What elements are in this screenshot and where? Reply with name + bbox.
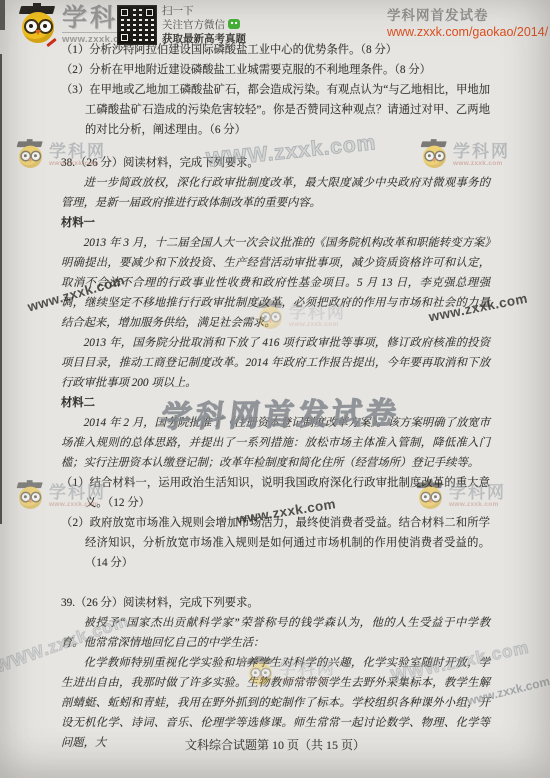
- qr-code: [117, 5, 157, 45]
- wechat-icon: [228, 19, 240, 29]
- owl-watermark-icon: [16, 480, 38, 512]
- q38-item-1: （1）结合材料一，运用政治生活知识，说明我国政府深化行政审批制度改革的重大意义。…: [61, 473, 490, 513]
- qr-caption-2: 关注官方微信: [162, 19, 246, 31]
- q39-header: 39.（26 分）阅读材料，完成下列要求。: [61, 593, 490, 613]
- document-body: （1）分析沙特阿拉伯建设国际磷酸盐工业中心的优势条件。（8 分）（2）分析在甲地…: [61, 40, 490, 753]
- scan-artifact-corner: [0, 0, 5, 30]
- material-1-para-1: 2013 年 3 月，十二届全国人大一次会议批准的《国务院机构改革和职能转变方案…: [61, 233, 490, 333]
- qr-caption-1: 扫一下: [162, 5, 246, 17]
- q38-header: 38.（26 分）阅读材料，完成下列要求。: [61, 153, 490, 173]
- q38-intro: 进一步简政放权，深化行政审批制度改革，最大限度减少中央政府对微观事务的管理，是新…: [61, 173, 490, 213]
- q37-item-3: （3）在甲地或乙地加工磷酸盐矿石，都会造成污染。有观点认为“与乙地相比，甲地加工…: [61, 80, 490, 140]
- header-title: 学科网首发试卷: [387, 8, 548, 23]
- material-2-para-1: 2014 年 2 月，国务院批准了《注册资本登记制度改革方案》。该方案明确了放宽…: [61, 413, 490, 473]
- q37-item-2: （2）分析在甲地附近建设磷酸盐工业城需要克服的不利地理条件。（8 分）: [61, 60, 490, 80]
- q37-item-1: （1）分析沙特阿拉伯建设国际磷酸盐工业中心的优势条件。（8 分）: [61, 40, 490, 60]
- scan-artifact-left-edge: [0, 54, 2, 524]
- material-2-label: 材料二: [61, 393, 490, 413]
- q39-intro: 被授予“国家杰出贡献科学家”荣誉称号的钱学森认为，他的人生受益于中学教育。他常常…: [61, 613, 490, 653]
- owl-mascot-icon: [18, 3, 58, 47]
- material-1-para-2: 2013 年，国务院分批取消和下放了 416 项行政审批等事项，修订政府核准的投…: [61, 333, 490, 393]
- owl-watermark-icon: [16, 139, 38, 171]
- header-link[interactable]: www.zxxk.com/gaokao/2014/: [387, 25, 548, 39]
- material-1-label: 材料一: [61, 213, 490, 233]
- exam-page-scan: 学科网 www.zxxk.com 扫一下 关注官方微信 获取最新高考真题 学科网…: [0, 0, 550, 778]
- page-footer: 文科综合试题第 10 页（共 15 页）: [0, 736, 550, 753]
- q38-item-2: （2）政府放宽市场准入规则会增加市场活力，最终使消费者受益。结合材料二和所学经济…: [61, 513, 490, 573]
- qr-block: 扫一下 关注官方微信 获取最新高考真题: [117, 5, 246, 45]
